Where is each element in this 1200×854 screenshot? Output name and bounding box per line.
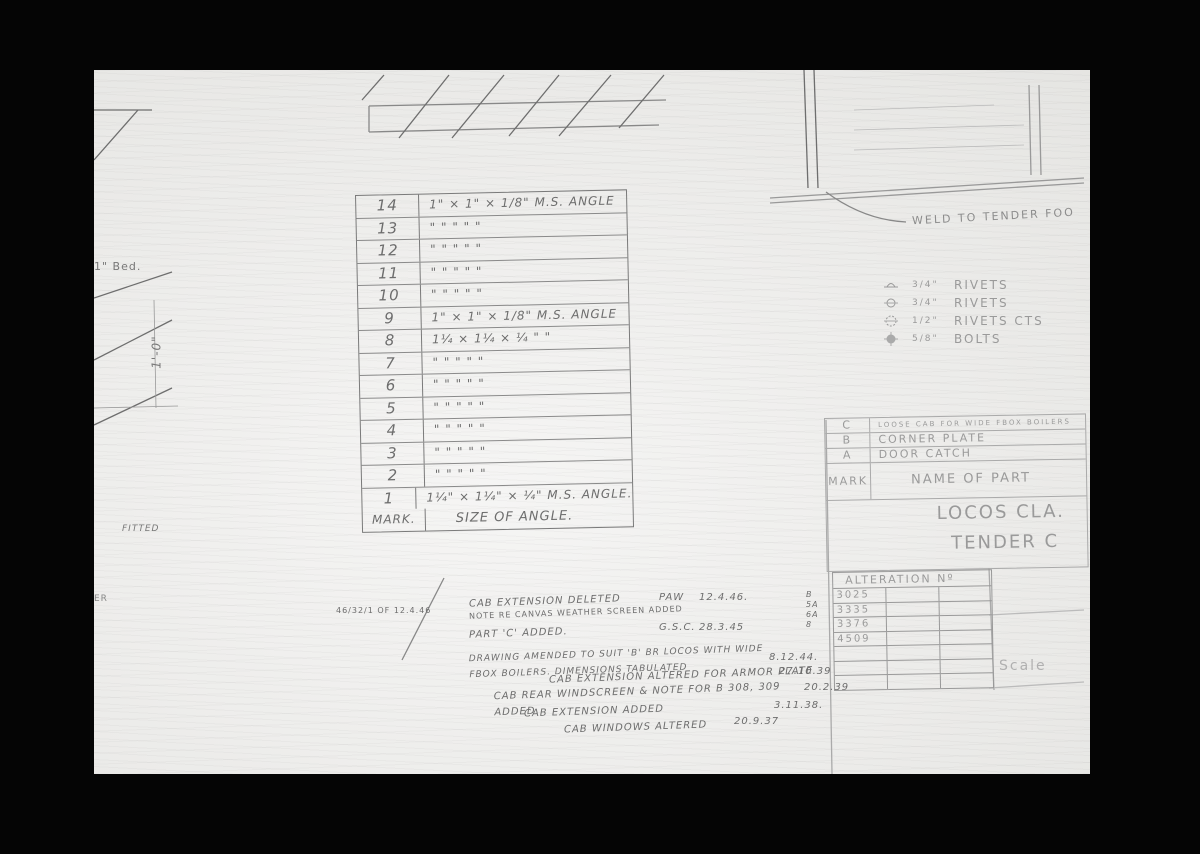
- angle-mark: 13: [356, 217, 419, 240]
- revision-initials: G.S.C.: [659, 622, 696, 633]
- revision-date: 8.12.44.: [769, 652, 818, 663]
- legend-row: 5/8" BOLTS: [884, 332, 1001, 346]
- angle-mark: 7: [359, 352, 422, 375]
- fitted-label: FITTED: [122, 524, 159, 534]
- dimension-label: 1'-0": [150, 335, 164, 368]
- angle-table-header: MARK. SIZE OF ANGLE.: [363, 504, 633, 531]
- part-mark: C: [825, 418, 870, 433]
- parts-table: C LOOSE CAB FOR WIDE FBOX BOILERS B CORN…: [824, 413, 1089, 572]
- angle-size: " " " " ": [425, 460, 632, 486]
- alteration-cell: [940, 644, 992, 658]
- legend-row: 1/2" RIVETS CTS: [884, 314, 1044, 328]
- alteration-number: 3376: [834, 617, 887, 631]
- alteration-number: [834, 646, 887, 660]
- margin-mark: 5A: [806, 600, 819, 609]
- legend-row: 3/4" RIVETS: [884, 278, 1009, 292]
- angle-mark: 14: [356, 195, 419, 218]
- legend-row: 3/4" RIVETS: [884, 296, 1009, 310]
- angle-mark: 3: [361, 442, 424, 465]
- revision-initials: PAW: [659, 592, 684, 603]
- countersunk-rivet-icon: [884, 278, 898, 292]
- revision-date: 12.4.46.: [699, 592, 748, 603]
- revision-date: 27.10.39: [779, 666, 832, 677]
- angle-mark: 6: [360, 375, 423, 398]
- revision-date: 3.11.38.: [774, 700, 823, 711]
- angle-size: " " " " ": [420, 235, 627, 261]
- alteration-cell: [887, 602, 940, 616]
- alteration-cell: [941, 673, 993, 687]
- angle-mark: 1: [362, 487, 417, 510]
- part-mark: B: [825, 433, 870, 448]
- edge-text: ER: [94, 594, 108, 604]
- revision-date: 28.3.45: [699, 622, 744, 633]
- alteration-number: 4509: [834, 632, 887, 646]
- alteration-number: [835, 661, 888, 675]
- alteration-cell: [888, 674, 941, 688]
- angle-mark: 10: [358, 285, 421, 308]
- alteration-cell: [940, 601, 992, 615]
- rivet-icon: [884, 296, 898, 310]
- title-line-1: LOCOS CLA.: [936, 496, 1087, 529]
- alteration-cell: [940, 630, 992, 644]
- title-block: LOCOS CLA. TENDER C: [826, 496, 1087, 571]
- angle-schedule-table: 14 1" × 1" × 1/8" M.S. ANGLE 13 " " " " …: [355, 189, 634, 532]
- fastener-label: RIVETS CTS: [954, 314, 1044, 328]
- alteration-cell: [887, 645, 940, 659]
- alteration-number: 3025: [833, 588, 886, 602]
- angle-size: " " " " ": [421, 280, 628, 306]
- alteration-cell: [939, 586, 991, 600]
- fastener-label: BOLTS: [954, 332, 1001, 346]
- bolt-icon: [884, 332, 898, 346]
- angle-size: 1" × 1" × 1/8" M.S. ANGLE: [419, 190, 626, 216]
- parts-table-header: MARK NAME OF PART: [826, 459, 1087, 501]
- angle-mark: 5: [360, 397, 423, 420]
- revision-reference: 46/32/1 OF 12.4.46: [336, 606, 431, 615]
- alteration-cell: [940, 615, 992, 629]
- revision-date: 20.9.37: [734, 716, 779, 727]
- revision-date: 20.2.39: [804, 682, 849, 693]
- alteration-cell: [886, 587, 939, 601]
- alteration-cell: [887, 616, 940, 630]
- angle-size: " " " " ": [424, 438, 631, 464]
- angle-size: " " " " ": [424, 415, 631, 441]
- angle-size: " " " " ": [423, 393, 630, 419]
- alteration-number: 3335: [834, 603, 887, 617]
- fastener-label: RIVETS: [954, 296, 1009, 310]
- title-line-2: TENDER C: [937, 526, 1088, 559]
- margin-mark: 8: [806, 620, 812, 629]
- angle-mark: 9: [358, 307, 421, 330]
- angle-mark: 12: [357, 240, 420, 263]
- angle-size: " " " " ": [420, 258, 627, 284]
- part-mark: A: [826, 448, 871, 463]
- rivet-cts-icon: [884, 314, 898, 328]
- angle-mark: 2: [362, 465, 425, 488]
- angle-size: 1¼ × 1¼ × ¼ " ": [422, 325, 629, 351]
- margin-mark: 6A: [806, 610, 819, 619]
- alteration-cell: [887, 631, 940, 645]
- angle-size: " " " " ": [419, 213, 626, 239]
- angle-mark: 8: [359, 330, 422, 353]
- angle-size: " " " " ": [423, 370, 630, 396]
- angle-mark: 11: [357, 262, 420, 285]
- scale-label: Scale: [999, 658, 1047, 674]
- alteration-table: ALTERATION Nº 3025 3335 3376 4509: [832, 569, 994, 690]
- angle-mark: 4: [361, 420, 424, 443]
- angle-size: 1" × 1" × 1/8" M.S. ANGLE: [421, 303, 628, 329]
- angle-size: " " " " ": [422, 348, 629, 374]
- drawing-sheet: 1" Bed. 1'-0" FITTED ER 14 1" × 1" × 1/8…: [94, 70, 1090, 774]
- fastener-size: 1/2": [912, 316, 954, 326]
- fastener-label: RIVETS: [954, 278, 1009, 292]
- alteration-cell: [941, 659, 993, 673]
- margin-mark: B: [806, 590, 813, 599]
- fastener-size: 3/4": [912, 298, 954, 308]
- bed-label: 1" Bed.: [94, 260, 141, 273]
- fastener-size: 5/8": [912, 334, 954, 344]
- alteration-cell: [888, 660, 941, 674]
- fastener-size: 3/4": [912, 280, 954, 290]
- alteration-row: [835, 673, 993, 689]
